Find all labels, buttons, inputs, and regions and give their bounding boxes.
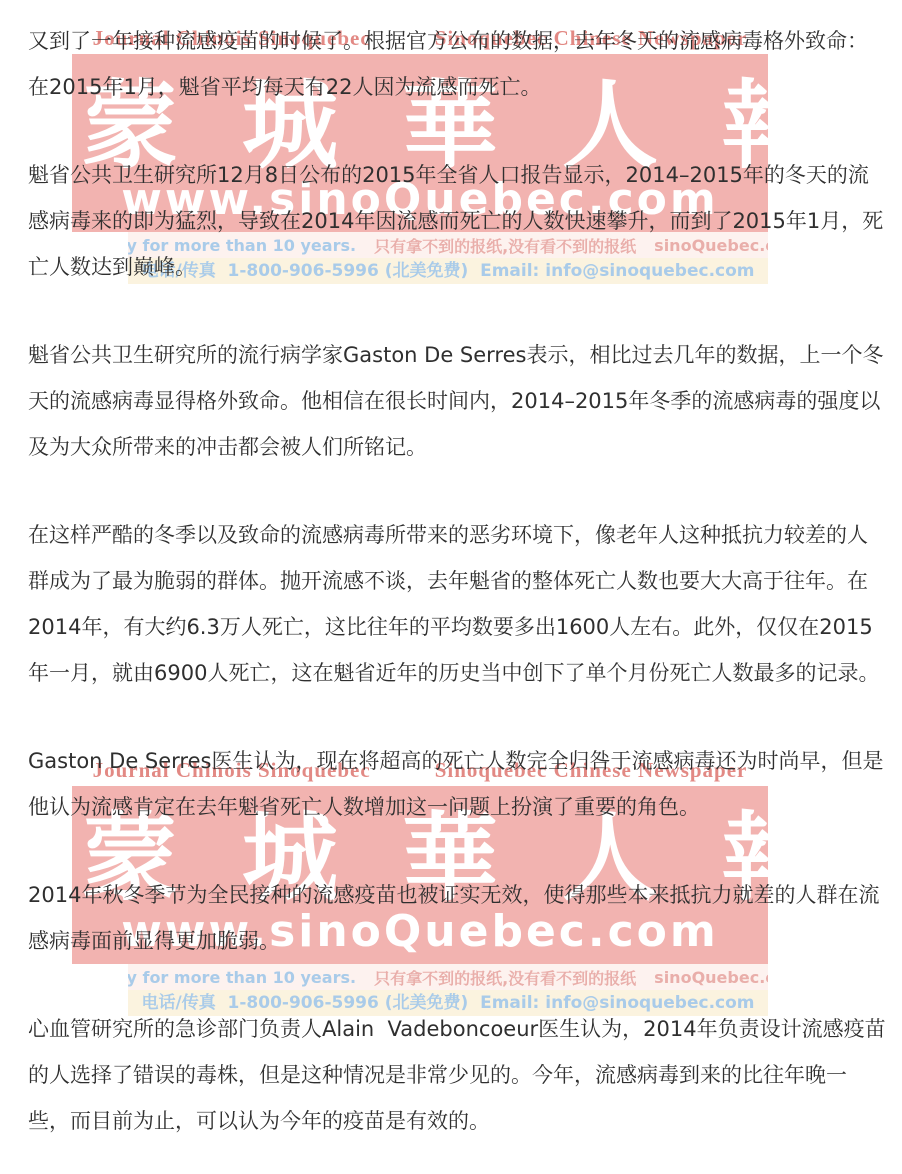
- paragraph-1: 又到了一年接种流感疫苗的时候了。根据官方公布的数据，去年冬天的流感病毒格外致命：…: [28, 18, 888, 110]
- paragraph-7: 心血管研究所的急诊部门负责人Alain Vadeboncoeur医生认为，201…: [28, 1006, 888, 1144]
- paragraph-4: 在这样严酷的冬季以及致命的流感病毒所带来的恶劣环境下，像老年人这种抵抗力较差的人…: [28, 512, 888, 696]
- article-body: 又到了一年接种流感疫苗的时候了。根据官方公布的数据，去年冬天的流感病毒格外致命：…: [0, 0, 902, 1144]
- paragraph-3: 魁省公共卫生研究所的流行病学家Gaston De Serres表示，相比过去几年…: [28, 332, 888, 470]
- paragraph-6: 2014年秋冬季节为全民接种的流感疫苗也被证实无效，使得那些本来抵抗力就差的人群…: [28, 872, 888, 964]
- article-page: Journal Chinois Sinoquebec Sinoquebec Ch…: [0, 0, 902, 1174]
- paragraph-2: 魁省公共卫生研究所12月8日公布的2015年全省人口报告显示，2014–2015…: [28, 152, 888, 290]
- paragraph-5: Gaston De Serres医生认为，现在将超高的死亡人数完全归咎于流感病毒…: [28, 738, 888, 830]
